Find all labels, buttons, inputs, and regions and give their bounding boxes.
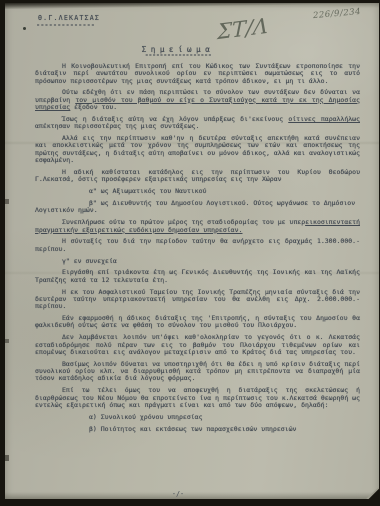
text-segment: Η αδική καθίσταται κατάδηλος εις την περ… [35, 168, 360, 183]
title-block: Σημείωμα ------------------ [5, 45, 351, 58]
text-segment: Η σύνταξίς του διά την περίοδον ταύτην θ… [35, 237, 360, 252]
paragraph: Ίσως η διάταξις αύτη να έχη λόγον υπάρξε… [35, 116, 360, 131]
paragraph: Ειργάσθη επί τριάκοντα έτη ως Γενικός Δι… [35, 269, 360, 284]
edge-mark [5, 199, 9, 204]
text-segment: έξοδον του. [70, 103, 117, 111]
paragraph: Η σύνταξίς του διά την περίοδον ταύτην θ… [35, 238, 360, 253]
text-segment: απέκτησαν περισσοτέρας της μιας συντάξεω… [35, 122, 199, 130]
document-content: Θ.Γ.ΛΕΚΑΤΣΑΣ -------------- 226/9/234 ΣΤ… [5, 3, 379, 499]
text-segment: Η Κοινοβουλευτική Επιτροπή επί του Κώδικ… [35, 62, 360, 85]
paragraph: β) Ποιότητος και εκτάσεως των παρασχεθει… [35, 426, 360, 433]
text-segment: Βασίμως λοιπόν δύναται να υποστηριχθή ότ… [35, 360, 360, 383]
paragraph: Συνεπλήρωσε ούτω το πρώτον μέρος της στα… [35, 219, 360, 234]
paragraph: γ" εν συνεχεία [35, 258, 360, 265]
sender-underline: -------------- [36, 21, 95, 29]
paragraph: Δεν λαμβάνεται λοιπόν υπ'όψει καθ'ολοκλη… [35, 334, 360, 356]
title-underline: ------------------ [5, 53, 351, 58]
edge-mark [5, 339, 9, 343]
handwritten-classification-mark: ΣΤ/Λ [217, 14, 268, 44]
paragraph: Βασίμως λοιπόν δύναται να υποστηριχθή ότ… [35, 361, 360, 383]
text-segment: Αλλά εις την περίπτωσιν καθ'ην η δευτέρα… [35, 134, 360, 164]
paragraph: Η εκ του Ασφαλιστικού Ταμείου της Ιονική… [35, 289, 360, 311]
paragraph: Η Κοινοβουλευτική Επιτροπή επί του Κώδικ… [35, 63, 360, 85]
folded-corner [364, 484, 379, 499]
text-segment: Η εκ του Ασφαλιστικού Ταμείου της Ιονική… [35, 288, 360, 311]
underlined-text: οίτινες παραλλήλως [288, 115, 360, 123]
paper-sheet: Θ.Γ.ΛΕΚΑΤΣΑΣ -------------- 226/9/234 ΣΤ… [5, 3, 379, 499]
text-segment: β" ως Διευθυντής του Δημοσίου Λογιστικού… [35, 199, 355, 214]
text-segment: Ειργάσθη επί τριάκοντα έτη ως Γενικός Δι… [35, 268, 360, 283]
document-body: Η Κοινοβουλευτική Επιτροπή επί του Κώδικ… [35, 63, 360, 438]
text-segment: Επί τω τέλει όμως του να αποφευχθή η δια… [35, 386, 360, 409]
paragraph: Επί τω τέλει όμως του να αποφευχθή η δια… [35, 387, 360, 409]
text-segment: Δεν λαμβάνεται λοιπόν υπ'όψει καθ'ολοκλη… [35, 333, 360, 356]
text-segment: γ" εν συνεχεία [62, 257, 117, 265]
paragraph: β" ως Διευθυντής του Δημοσίου Λογιστικού… [35, 200, 360, 215]
paragraph: Η αδική καθίσταται κατάδηλος εις την περ… [35, 169, 360, 184]
paragraph: α) Συνολικού χρόνου υπηρεσίας [35, 414, 360, 421]
text-segment: Εάν εφαρμοσθή η άδικος διάταξις της 'Επι… [35, 314, 360, 329]
paragraph: Αλλά εις την περίπτωσιν καθ'ην η δευτέρα… [35, 135, 360, 164]
handwritten-file-number: 226/9/234 [313, 7, 362, 21]
scanned-document: Θ.Γ.ΛΕΚΑΤΣΑΣ -------------- 226/9/234 ΣΤ… [0, 0, 380, 506]
paragraph: Ούτω εδέχθη ότι εν πάση περιπτώσει το σύ… [35, 89, 360, 111]
ink-speck [23, 27, 26, 30]
edge-mark [5, 455, 9, 461]
text-segment: β) Ποιότητος και εκτάσεως των παρασχεθει… [89, 425, 296, 433]
paragraph: α" ως Αξιωματικός του Ναυτικού [35, 188, 360, 195]
text-segment: α) Συνολικού χρόνου υπηρεσίας [89, 413, 203, 421]
paragraph: Εάν εφαρμοσθή η άδικος διάταξις της 'Επι… [35, 315, 360, 330]
text-segment: α" ως Αξιωματικός του Ναυτικού [89, 187, 206, 195]
page-end-mark: -/- [5, 490, 351, 498]
